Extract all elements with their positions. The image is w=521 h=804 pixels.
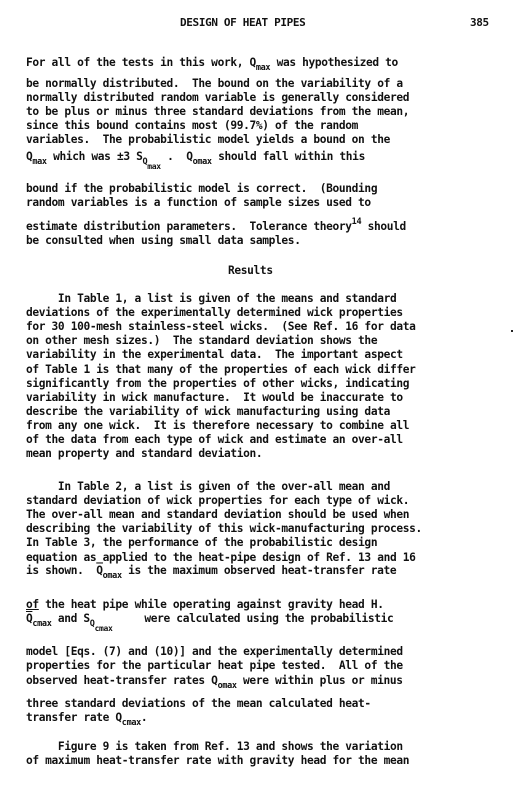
text-line: to be plus or minus three standard devia… (26, 105, 409, 118)
section-heading: Results (228, 264, 273, 277)
text-line: from any one wick. It is therefore neces… (26, 419, 409, 432)
running-head: DESIGN OF HEAT PIPES (180, 16, 305, 29)
text-line: estimate distribution parameters. Tolera… (26, 220, 406, 233)
text-line: Figure 9 is taken from Ref. 13 and shows… (26, 740, 403, 753)
text-line: since this bound contains most (99.7%) o… (26, 119, 358, 132)
text-line: of maximum heat-transfer rate with gravi… (26, 754, 409, 767)
document-page: DESIGN OF HEAT PIPES 385 For all of the … (0, 0, 521, 804)
text-line: of the heat pipe while operating against… (26, 598, 384, 611)
text-line: random variables is a function of sample… (26, 196, 371, 209)
text-line: standard deviation of wick properties fo… (26, 494, 409, 507)
text-line: describe the variability of wick manufac… (26, 405, 390, 418)
text-line: model [Eqs. (7) and (10)] and the experi… (26, 645, 403, 658)
text-line: bound if the probabilistic model is corr… (26, 182, 377, 195)
text-line: describing the variability of this wick-… (26, 522, 422, 535)
text-line: Qmax which was ±3 SQmax . Qomax should f… (26, 150, 365, 167)
text-line: In Table 3, the performance of the proba… (26, 536, 377, 549)
text-line: three standard deviations of the mean ca… (26, 697, 371, 710)
text-line: For all of the tests in this work, Qmax … (26, 56, 398, 69)
text-line: Qcmax and SQcmax were calculated using t… (26, 612, 393, 629)
text-line: variability in wick manufacture. It woul… (26, 391, 403, 404)
text-line: properties for the particular heat pipe … (26, 659, 403, 672)
scan-speck (511, 330, 513, 332)
text-line: equation as_applied to the heat-pipe des… (26, 551, 416, 564)
text-line: on other mesh sizes.) The standard devia… (26, 334, 377, 347)
text-line: observed heat-transfer rates Qomax were … (26, 674, 403, 687)
text-line: be consulted when using small data sampl… (26, 234, 301, 247)
text-line: normally distributed random variable is … (26, 91, 409, 104)
text-line: be normally distributed. The bound on th… (26, 77, 403, 90)
text-line: is shown. Qomax is the maximum observed … (26, 564, 396, 577)
text-line: In Table 1, a list is given of the means… (26, 292, 396, 305)
text-line: variability in the experimental data. Th… (26, 348, 403, 361)
text-line: significantly from the properties of oth… (26, 377, 409, 390)
text-line: deviations of the experimentally determi… (26, 306, 403, 319)
text-line: of Table 1 is that many of the propertie… (26, 363, 416, 376)
text-line: In Table 2, a list is given of the over-… (26, 480, 390, 493)
text-line: variables. The probabilistic model yield… (26, 133, 390, 146)
text-line: mean property and standard deviation. (26, 447, 262, 460)
page-number: 385 (470, 16, 489, 29)
text-line: of the data from each type of wick and e… (26, 433, 403, 446)
text-line: transfer rate Qcmax. (26, 711, 147, 724)
text-line: The over-all mean and standard deviation… (26, 508, 409, 521)
text-line: for 30 100-mesh stainless-steel wicks. (… (26, 320, 416, 333)
